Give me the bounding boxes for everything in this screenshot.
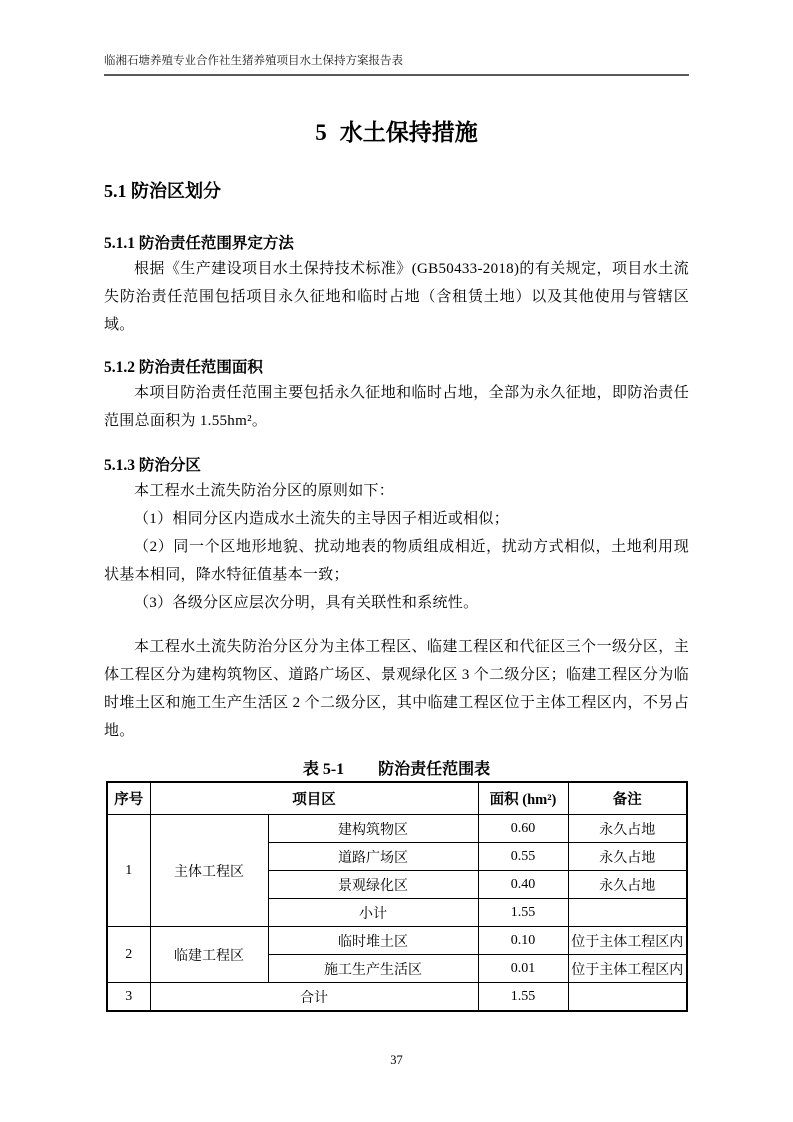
header-cell-size: 面积 (hm²)	[478, 782, 568, 815]
table-cell-category: 临建工程区	[150, 927, 268, 983]
responsibility-scope-table: 序号 项目区 面积 (hm²) 备注 1 主体工程区 建构筑物区 0.60 永久…	[106, 781, 688, 1012]
table-cell-area: 0.01	[478, 955, 568, 983]
table-cell-area: 1.55	[478, 983, 568, 1012]
table-row: 3 合计 1.55	[107, 983, 687, 1012]
table-cell-sub: 景观绿化区	[268, 871, 478, 899]
paragraph-responsibility-method: 根据《生产建设项目水土保持技术标准》(GB50433-2018)的有关规定，项目…	[104, 255, 689, 339]
chapter-title-text: 水土保持措施	[340, 120, 478, 145]
chapter-title: 5水土保持措施	[104, 118, 689, 148]
header-cell-area: 项目区	[150, 782, 478, 815]
table-caption-title: 防治责任范围表	[378, 761, 490, 778]
table-cell-sub: 道路广场区	[268, 843, 478, 871]
page-number: 37	[104, 1052, 689, 1068]
header-cell-note: 备注	[568, 782, 687, 815]
table-cell-area: 0.60	[478, 815, 568, 843]
table-cell-note: 永久占地	[568, 815, 687, 843]
page-content: 临湘石塘养殖专业合作社生猪养殖项目水土保持方案报告表 5水土保持措施 5.1 防…	[104, 0, 689, 1068]
table-cell-index: 1	[107, 815, 150, 927]
table-row: 2 临建工程区 临时堆土区 0.10 位于主体工程区内	[107, 927, 687, 955]
table-cell-note: 永久占地	[568, 843, 687, 871]
section-heading-5-1-1: 5.1.1 防治责任范围界定方法	[104, 233, 689, 255]
table-cell-category: 主体工程区	[150, 815, 268, 927]
table-cell-note: 位于主体工程区内	[568, 955, 687, 983]
paragraph-zoning-detail: 本工程水土流失防治分区分为主体工程区、临建工程区和代征区三个一级分区，主体工程区…	[104, 633, 689, 745]
table-cell-sub: 建构筑物区	[268, 815, 478, 843]
table-cell-index: 2	[107, 927, 150, 983]
table-caption-label: 表 5-1	[303, 761, 344, 778]
paragraph-zoning-intro: 本工程水土流失防治分区的原则如下：	[104, 477, 689, 505]
table-cell-sub: 临时堆土区	[268, 927, 478, 955]
chapter-number: 5	[315, 120, 327, 145]
header-cell-index: 序号	[107, 782, 150, 815]
paragraph-responsibility-area: 本项目防治责任范围主要包括永久征地和临时占地，全部为永久征地，即防治责任范围总面…	[104, 379, 689, 435]
table-cell-note: 位于主体工程区内	[568, 927, 687, 955]
table-header-row: 序号 项目区 面积 (hm²) 备注	[107, 782, 687, 815]
table-cell-total-label: 合计	[150, 983, 478, 1012]
table-cell-sub: 施工生产生活区	[268, 955, 478, 983]
table-row: 1 主体工程区 建构筑物区 0.60 永久占地	[107, 815, 687, 843]
table-cell-sub: 小计	[268, 899, 478, 927]
zoning-principle-1: （1）相同分区内造成水土流失的主导因子相近或相似；	[104, 505, 689, 533]
table-cell-note	[568, 899, 687, 927]
table-cell-area: 0.10	[478, 927, 568, 955]
section-heading-5-1-2: 5.1.2 防治责任范围面积	[104, 357, 689, 379]
section-heading-5-1-3: 5.1.3 防治分区	[104, 455, 689, 477]
document-page: 临湘石塘养殖专业合作社生猪养殖项目水土保持方案报告表 5水土保持措施 5.1 防…	[0, 0, 793, 1122]
table-caption: 表 5-1防治责任范围表	[104, 759, 689, 781]
table-cell-index: 3	[107, 983, 150, 1012]
section-heading-5-1: 5.1 防治区划分	[104, 179, 689, 203]
table-cell-area: 1.55	[478, 899, 568, 927]
table-cell-area: 0.40	[478, 871, 568, 899]
running-header: 临湘石塘养殖专业合作社生猪养殖项目水土保持方案报告表	[104, 0, 689, 76]
table-cell-note	[568, 983, 687, 1012]
zoning-principle-2: （2）同一个区地形地貌、扰动地表的物质组成相近，扰动方式相似，土地利用现状基本相…	[104, 533, 689, 589]
table-cell-note: 永久占地	[568, 871, 687, 899]
table-cell-area: 0.55	[478, 843, 568, 871]
zoning-principle-3: （3）各级分区应层次分明，具有关联性和系统性。	[104, 589, 689, 617]
